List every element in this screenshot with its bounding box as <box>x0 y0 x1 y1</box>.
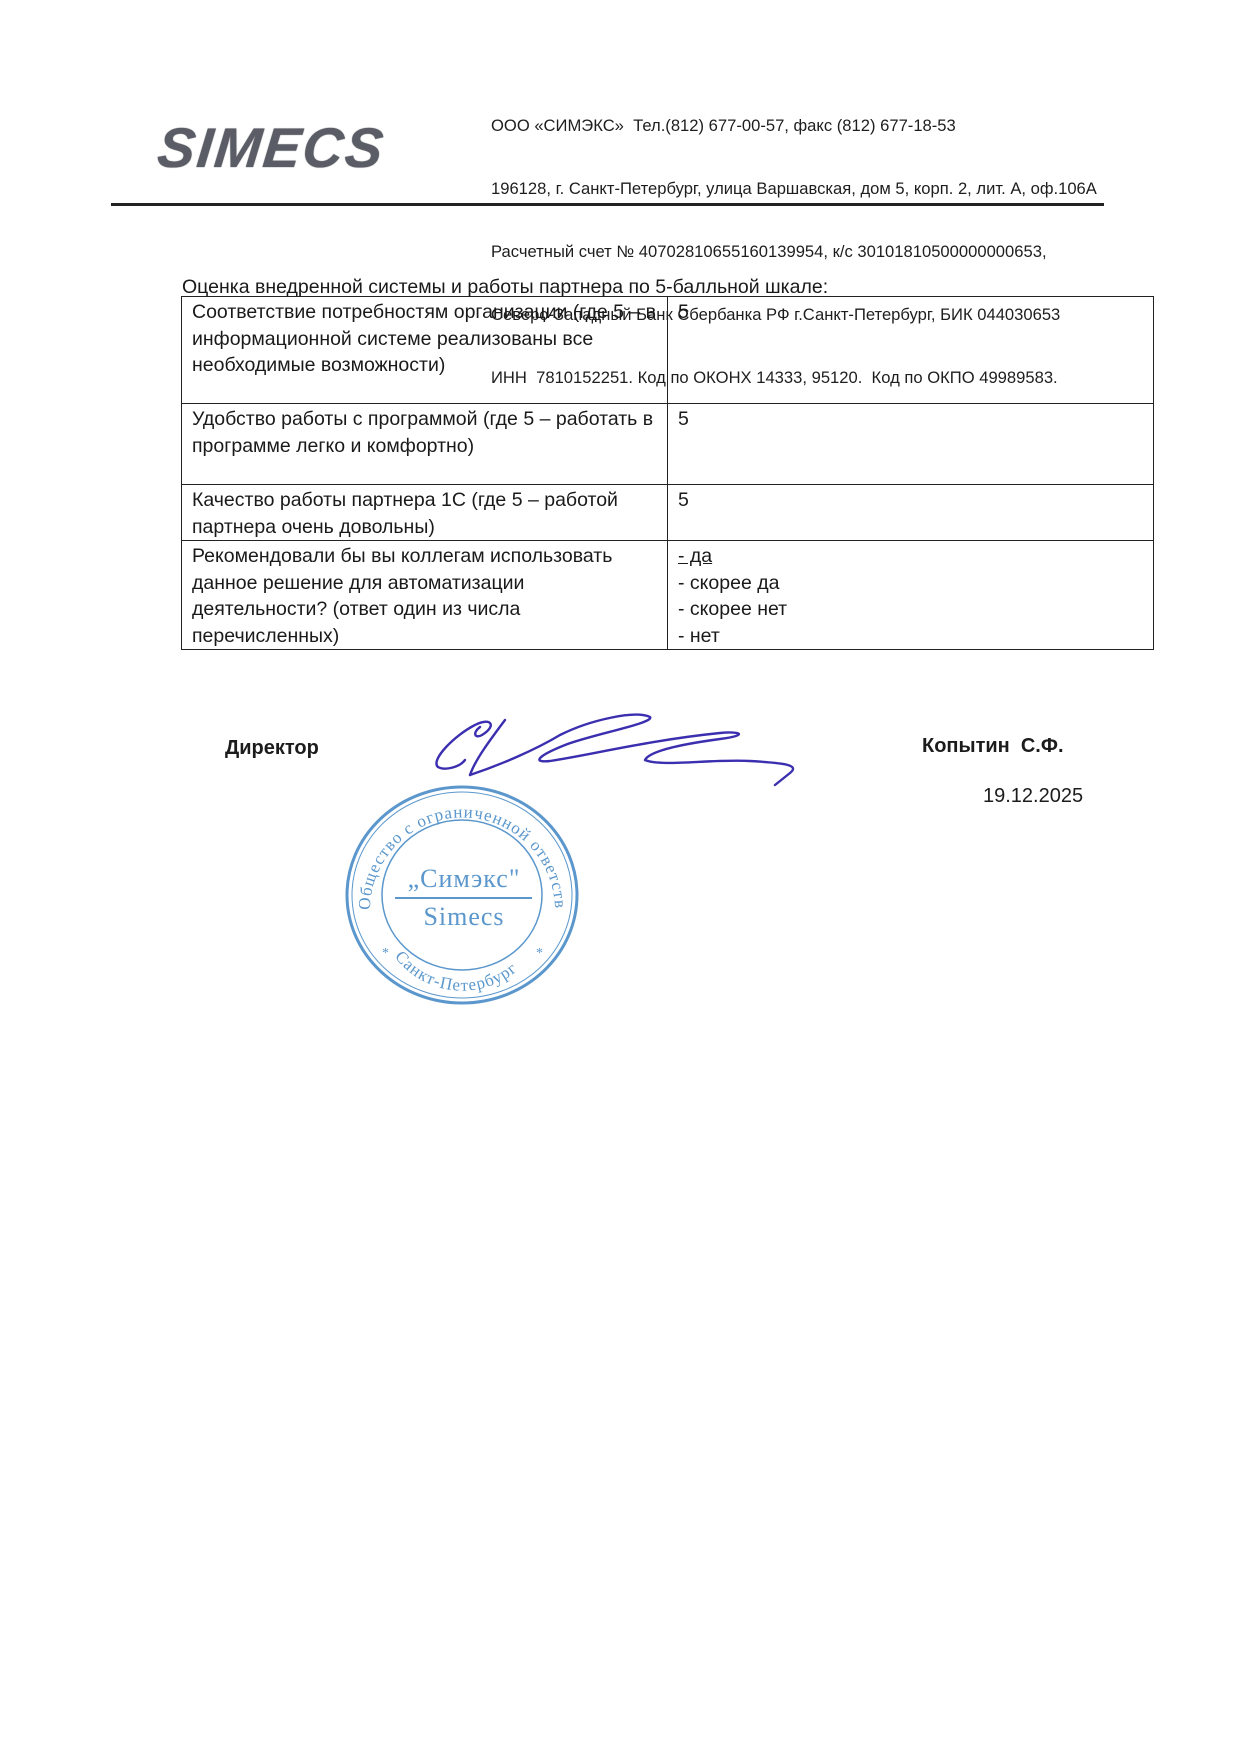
answer-cell: 5 <box>668 485 1154 541</box>
table-row: Удобство работы с программой (где 5 – ра… <box>182 404 1154 485</box>
answer-options-cell: - да - скорее да - скорее нет - нет <box>668 541 1154 650</box>
signature-date: 19.12.2025 <box>983 785 1083 808</box>
stamp-name-en: Simecs <box>423 902 504 931</box>
option-no: - нет <box>678 623 1143 650</box>
header-divider <box>111 203 1104 206</box>
question-cell: Удобство работы с программой (где 5 – ра… <box>182 404 668 485</box>
evaluation-table: Соответствие потребностям организации (г… <box>181 296 1154 650</box>
stamp-name-ru: „Симэкс" <box>408 864 521 893</box>
question-cell: Соответствие потребностям организации (г… <box>182 297 668 404</box>
table-row: Рекомендовали бы вы коллегам использоват… <box>182 541 1154 650</box>
signer-position: Директор <box>225 737 319 760</box>
company-line-account: Расчетный счет № 40702810655160139954, к… <box>491 241 1097 262</box>
question-cell: Рекомендовали бы вы коллегам использоват… <box>182 541 668 650</box>
answer-cell: 5 <box>668 297 1154 404</box>
option-rather-no: - скорее нет <box>678 596 1143 623</box>
answer-cell: 5 <box>668 404 1154 485</box>
stamp-city-text: Санкт-Петербург <box>391 947 520 995</box>
company-stamp: Общество с ограниченной ответственностью… <box>340 775 585 1015</box>
company-line-address: 196128, г. Санкт-Петербург, улица Варшав… <box>491 178 1097 199</box>
question-cell: Качество работы партнера 1С (где 5 – раб… <box>182 485 668 541</box>
table-row: Соответствие потребностям организации (г… <box>182 297 1154 404</box>
table-row: Качество работы партнера 1С (где 5 – раб… <box>182 485 1154 541</box>
option-yes: - да <box>678 543 1143 570</box>
svg-text:*: * <box>536 946 543 961</box>
option-rather-yes: - скорее да <box>678 570 1143 597</box>
signer-name: Копытин С.Ф. <box>922 735 1064 758</box>
company-logo: SIMECS <box>155 118 388 178</box>
evaluation-title: Оценка внедренной системы и работы партн… <box>182 276 828 298</box>
svg-text:*: * <box>382 946 389 961</box>
svg-text:Санкт-Петербург: Санкт-Петербург <box>391 947 520 995</box>
company-line-name-phone: ООО «СИМЭКС» Тел.(812) 677-00-57, факс (… <box>491 115 1097 136</box>
signature <box>420 705 820 790</box>
